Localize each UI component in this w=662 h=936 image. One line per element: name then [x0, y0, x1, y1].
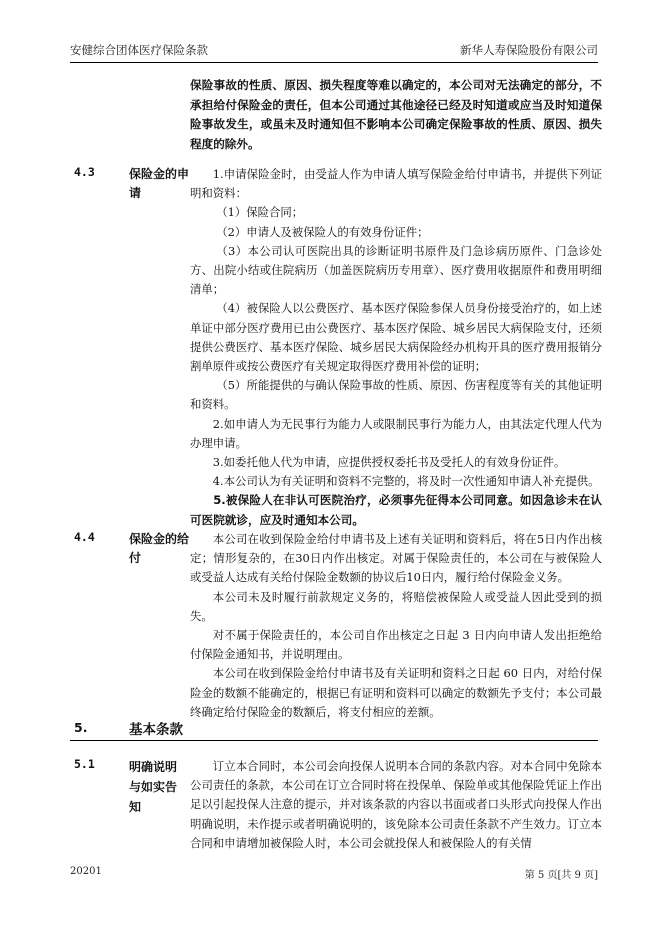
page-header: 安健综合团体医疗保险条款 新华人寿保险股份有限公司 [70, 42, 598, 63]
section-body: 1.申请保险金时，由受益人作为申请人填写保险金给付申请书，并提供下列证明和资料：… [190, 165, 602, 530]
page-number: 第 5 页[共 9 页] [525, 866, 598, 881]
bold-paragraph: 5.被保险人在非认可医院治疗，必须事先征得本公司同意。如因急诊未在认可医院就诊，… [190, 491, 602, 529]
paragraph: 3.如委托他人代为申请，应提供授权委托书及受托人的有效身份证件。 [190, 453, 602, 472]
footer-doc-code: 20201 [70, 866, 102, 881]
list-item: （5）所能提供的与确认保险事故的性质、原因、伤害程度等有关的其他证明和资料。 [190, 376, 602, 414]
section-body: 本公司在收到保险金给付申请书及上述有关证明和资料后，将在5日内作出核定；情形复杂… [190, 530, 602, 722]
section-number: 4.4 [74, 530, 124, 544]
section-number: 5. [74, 720, 124, 735]
section-body: 订立本合同时，本公司会向投保人说明本合同的条款内容。对本合同中免除本公司责任的条… [190, 757, 602, 853]
list-item: （4）被保险人以公费医疗、基本医疗保险参保人员身份接受治疗的，如上述单证中部分医… [190, 299, 602, 376]
section-number: 4.3 [74, 165, 124, 179]
paragraph: 1.申请保险金时，由受益人作为申请人填写保险金给付申请书，并提供下列证明和资料： [190, 165, 602, 203]
section-number: 5.1 [74, 757, 124, 771]
section-5-heading: 5. 基本条款 [70, 718, 598, 741]
paragraph: 本公司未及时履行前款规定义务的，将赔偿被保险人或受益人因此受到的损失。 [190, 588, 602, 626]
paragraph: 对不属于保险责任的，本公司自作出核定之日起 3 日内向申请人发出拒绝给付保险金通… [190, 626, 602, 664]
paragraph: 4.本公司认为有关证明和资料不完整的，将及时一次性通知申请人补充提供。 [190, 472, 602, 491]
paragraph: 2.如申请人为无民事行为能力人或限制民事行为能力人，由其法定代理人代为办理申请。 [190, 415, 602, 453]
list-item: （1）保险合同； [190, 203, 602, 222]
header-company-name: 新华人寿保险股份有限公司 [460, 42, 598, 58]
continuation-text: 保险事故的性质、原因、损失程度等难以确定的，本公司对无法确定的部分，不承担给付保… [190, 76, 602, 154]
paragraph: 本公司在收到保险金给付申请书及有关证明和资料之日起 60 日内，对给付保险金的数… [190, 664, 602, 722]
list-item: （2）申请人及被保险人的有效身份证件； [190, 223, 602, 242]
header-document-title: 安健综合团体医疗保险条款 [70, 42, 208, 58]
section-title: 保险金的给付 [129, 530, 189, 568]
page-footer: 20201 第 5 页[共 9 页] [70, 866, 598, 881]
list-item: （3）本公司认可医院出具的诊断证明书原件及门急诊病历原件、门急诊处方、出院小结或… [190, 242, 602, 300]
section-title: 保险金的申请 [129, 165, 189, 203]
paragraph: 订立本合同时，本公司会向投保人说明本合同的条款内容。对本合同中免除本公司责任的条… [190, 757, 602, 853]
section-title: 基本条款 [129, 718, 183, 738]
paragraph: 本公司在收到保险金给付申请书及上述有关证明和资料后，将在5日内作出核定；情形复杂… [190, 530, 602, 588]
section-title: 明确说明与如实告知 [129, 757, 181, 817]
